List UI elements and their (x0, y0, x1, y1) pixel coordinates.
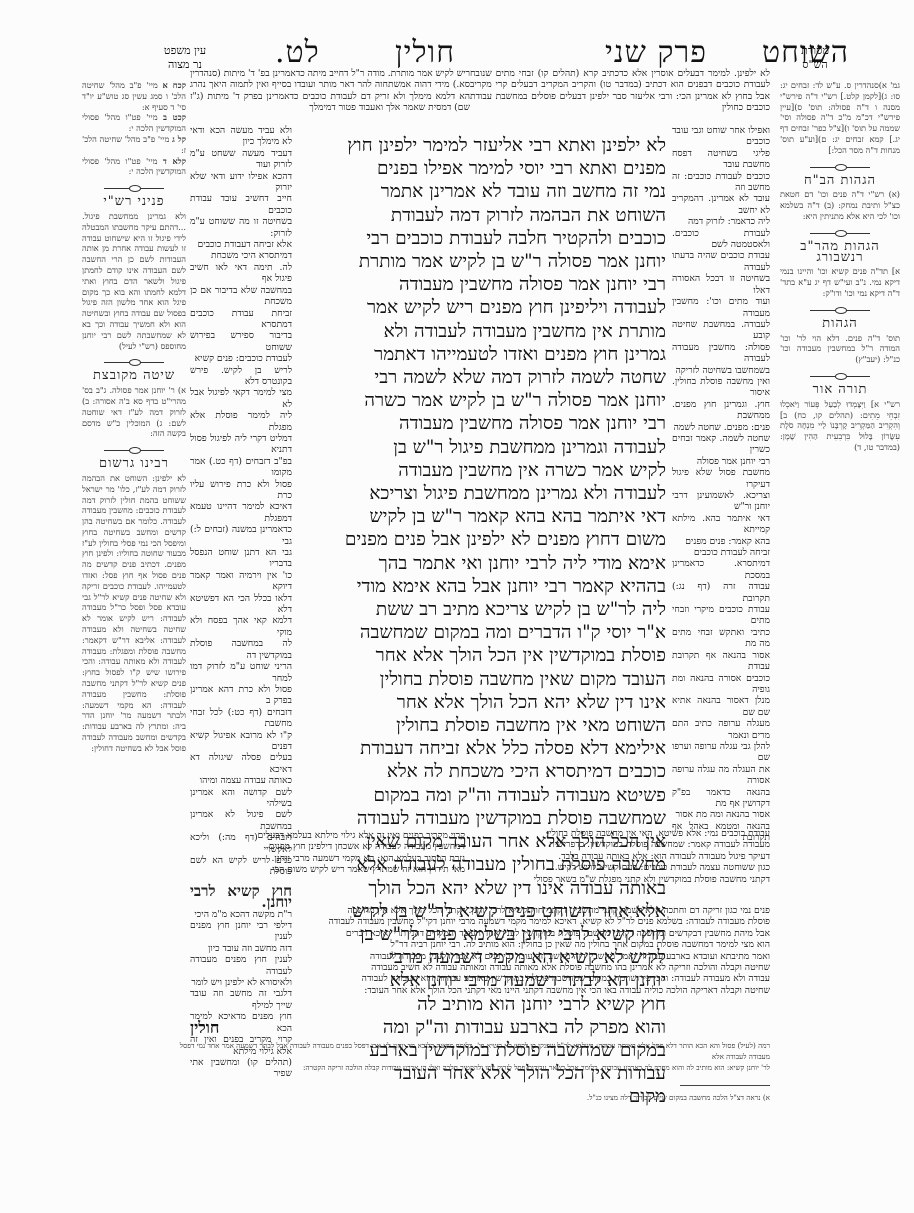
pnei-rashi-text: ולא גמרינן ממחשבת פיגול. ...דהתם עיקר מח… (82, 211, 186, 351)
gemara-line: רבי יוחנן אמר פסולה מחשבין מעבודה (300, 273, 666, 296)
tosafot-line: מצי למימר דקאי לפיגול אבל לא (190, 387, 292, 410)
pnei-rashi-title: פניני רש"י (82, 197, 186, 208)
ein-mishpat-label-line1: עין משפט (140, 44, 230, 58)
rashi-line: מעגלה ערופה כתיב התם מרים ונאמר (672, 718, 770, 741)
rashi-line: וצריכא. לאשמועינן דרבי יוחנן ור"ש (672, 490, 770, 513)
rashi-line: אסור בהנאה ומה מת אסור (672, 809, 770, 820)
commentary-bottom-line: עבודה ולא מעבודה לעבודה: והכי פירושו מה … (190, 973, 770, 984)
gemara-line: לקיש אמר כשרה אין מחשבין מעבודה (300, 459, 666, 482)
folio-number: לט. (275, 38, 320, 68)
tosafot-line: כאותה עבודה עצמה ומיהו (190, 775, 292, 786)
rashi-line: בשחיטה זו דבכל האסורה דאלו (672, 273, 770, 296)
rashi-line: פנים: מפנים. שחטה לשמה (672, 422, 770, 433)
tosafot-line: לשם קדושה והא אמרינן בשילהי (190, 787, 292, 810)
gemara-line: שמחשבה פוסלת במוקדשין מעבודה לעבודה (300, 807, 666, 830)
gemara-line: מותרת אין מחשבין מעבודה לעבודה ולא (300, 320, 666, 343)
rashi-line: בהא קאמר: פנים מפנים (672, 536, 770, 547)
rashi-line: זביחה לעבודת כוכבים (672, 547, 770, 558)
rashi-line: דמיתסרא. כדאמרינן במסכת (672, 558, 770, 581)
tosafot-bottom-line: גזרת הכתוב בעלמא הוא: הא מקמי דשמעה מרבי… (190, 853, 465, 864)
gemara-line: אינו דין שלא יהא הכל הולך אלא אחר (300, 691, 666, 714)
rashi-bottom-line: דעיקר פיגול מעבודה לעבודה הוא: אלא באותה… (470, 851, 770, 862)
tosafot-line: אלא זביחה דעבודת כוכבים (190, 239, 292, 250)
rashi-line: דאי איתמר בהא. מילתא קמייתא (672, 513, 770, 536)
tosafot-line: לה במחשבה פוסלת במוקדשין דה (190, 638, 292, 661)
gemara-line: נמי זה מחשב וזה עובד לא אמרינן אתמר (300, 180, 666, 203)
rashi-line: לעבודת כוכבים. ולאסטמטה לשם (672, 228, 770, 251)
rashi-line: מחשבת פסול שלא פיגול דעיקרו (672, 467, 770, 490)
footnotes: רמה (לעיל) פסול והא הכא הותר דלא פסל אלא… (170, 1040, 770, 1103)
tosafot-line: במחשבה שלא בדיבור אם כן משכחת (190, 285, 292, 308)
commentary-bottom-line: שחיטה וקבלה דאריקה הולכה כוליה עבודה באו… (190, 985, 770, 996)
tosafot-line: דמליט דקרי ליה לפיגול פסול דתניא (190, 433, 292, 456)
rashi-line: כתיבי ואתקש זבחי מתים מה מת (672, 627, 770, 650)
gemara-line: אימא מודי ליה לרבי יוחנן ואי אתמר בהך (300, 552, 666, 575)
ein-mishpat-entry: קכח א מיי' פ"ב מהל' שחיטה הלכ' ו סמג עשי… (82, 80, 186, 112)
tosafot-line: ליה למימר פוסלת אלא מפגלת (190, 410, 292, 433)
gemara-line: והוא מפרק לה בארבע עבודות וה"ק ומה (300, 1016, 666, 1039)
footnote-line-2: לר' יוחנן קשיא: הוא מותיב לה והוא מפרק ל… (170, 1062, 770, 1073)
rashi-bottom-line: כגון ששוחטה עצמה לעבודת כוכבים: פנים קשי… (470, 862, 770, 873)
rabbeinu-gershom-text: לא ילפינן: השוחט את הבהמה לזרוק דמה לע"ז… (82, 473, 186, 754)
rashi-line: אסור בהנאה אף תקרובת עבודת (672, 650, 770, 673)
tosafot-line: כדאמרינן במשנה (זבחים ל:) גבי (190, 524, 292, 547)
rashi-line: להלן גבי עגלה ערופה וערפו שם (672, 741, 770, 764)
rashi-top-block: לא ילפינן. למימר דבעלים אוסרין אלא כדכתי… (470, 68, 770, 114)
gemara-line: לעבודה ויליפינן חוץ מפנים ריש לקיש אמר (300, 296, 666, 319)
ornament-divider-icon (810, 305, 870, 315)
rashi-line: פליגי בשחיטה דפסח מחשבת עובד (672, 148, 770, 171)
commentary-bottom-line: אבל מיהת מחשבין דבקדשים ומחשבה דקתני מחש… (190, 928, 770, 939)
tosafot-line: דהכא אפילו ידוע ודאי שלא יזרוק (190, 171, 292, 194)
gemara-line: אילימא דלא פסלה כלל אלא זביחה דעבודת (300, 737, 666, 760)
tosafot-line: בפ"ב דזבחים (דף כט.) אמר מקומו (190, 456, 292, 479)
gemara-line: משום דחוץ מפנים לא ילפינן אבל פנים מפנים (300, 528, 666, 551)
rashi-line: מנלן דאסור בהנאה אתיא שם שם (672, 695, 770, 718)
tosafot-line: ולא עביד מעשה הכא ודאי לא מימלך כיון (190, 125, 292, 148)
gemara-line: לעבודה ולא גמרינן ממחשבת פיגול וצריכא (300, 482, 666, 505)
catchword: חולין (190, 1018, 219, 1038)
torah-or-title: תורה אור (780, 385, 900, 396)
tractate-title: חולין (395, 38, 455, 68)
rashi-bottom-line: דקתני מחשבה פוסלת במוקדשין ולא קתני מפגל… (470, 874, 770, 885)
rashi-line: עבודה זרה (דף נג:) תקרובת (672, 581, 770, 604)
gemara-line: כוכבים דמיתסרא היכי משכחת לה אלא (300, 760, 666, 783)
ein-mishpat-entry: קלא ד מיי' פט"ו מהל' פסולי המוקדשין הלכה… (82, 156, 186, 178)
ornament-divider-icon (104, 445, 164, 455)
tosafot-line: לעבודת כוכבים: פנים קשיא (190, 353, 292, 364)
shita-mekubetzet-text: א) ר' יוחנן אמר פסולה. ג"ב בס' מהרי"ט בד… (82, 385, 186, 439)
torah-or-text: רש"י א] וַיִּצָּמְדוּ לְבַעַל פְּעוֹר וַ… (780, 399, 900, 453)
tosafot-line: דאיכא למימר דהיינו טעמא דמפגלת (190, 501, 292, 524)
rashi-line: כוכבים אסורה בהנאה ומת גופיה (672, 673, 770, 696)
rashi-bottom-block: עבודת כוכבים נמי: אלא פשיטא. האי אין מחש… (470, 828, 770, 885)
ein-mishpat-entry: קל ג מיי' פ"ב מהל' שחיטה הלכ' ז: (82, 134, 186, 156)
rashi-line: שחטה לשמה. קאמר זבחים כשרין (672, 433, 770, 456)
masoret-hashas-text: גמ' א)סנהדרין ס. ע"ש לד: זבחים יג: סו: ג… (780, 80, 900, 156)
rashi-line: בשמחשבו בשחיטה לזריקה (672, 365, 770, 376)
footnote-divider (680, 1085, 770, 1086)
shita-mekubetzet-title: שיטה מקובצת (82, 371, 186, 382)
tosafot-line: בדיבור ספירש בפירוש ששוחט (190, 330, 292, 353)
rashi-line: את העגלה מה עגלה ערופה אסורה (672, 764, 770, 787)
gemara-line: פשיטא מעבודה לעבודה וה"ק ומה במקום (300, 784, 666, 807)
rashi-bottom-line: מעבודה לעבודה קאמר: שמחשבה פוסלת במוקדשי… (470, 839, 770, 850)
chapter-label: פרק שני (605, 38, 707, 68)
hagahot-bach-text: (א) רש"י ד"ה פנים וכו' דם חטאת כצ"ל ותיב… (780, 189, 900, 221)
maharab-text: א] תד"ה פנים קשיא וכו' והיינו בנמי דיקא … (780, 266, 900, 298)
gemara-line: השוחט מאי אין מחשבה פוסלת בחולין (300, 714, 666, 737)
tosafot-bottom-line: קרוי מקריב בפנים ואין זה אלא גילוי מילתא… (190, 830, 465, 841)
tosafot-line: ק"ו לא מרובא אפיגול קשיא דפנים (190, 730, 292, 753)
rashi-line: לעבודה. במחשבת שחיטה קובע (672, 319, 770, 342)
gemara-line: ליה לר"ש בן לקיש צריכא מתיב רב ששת (300, 598, 666, 621)
hagahot-bach-title: הגהות הב"ח (780, 176, 900, 187)
gemara-line: העובד מקום שאין מחשבה פוסלת בחולין (300, 668, 666, 691)
rashi-line: עבודת כוכבים שהיה בדעתו לעבודה (672, 250, 770, 273)
masoret-label: מסורת הש"ס (770, 44, 860, 72)
commentary-bottom-line: פוסלת מעבודה לעבודה: בשלמא פנים לר"ל לא … (190, 916, 770, 927)
hagahot-title: הגהות (780, 319, 900, 330)
rashi-line: כוכבים לעבודת כוכבים: זה מחשב וזה (672, 171, 770, 194)
gemara-line: כוכבים ולהקטיר חלבה לעבודת כוכבים רבי (300, 227, 666, 250)
gemara-line: פוסלת במוקדשין אין הכל הולך אלא אחר (300, 644, 666, 667)
rabbeinu-gershom-title: רבינו גרשום (82, 459, 186, 470)
rashi-line: ועוד מתים וכו': מחשבין מעבודה (672, 296, 770, 319)
tosafot-bottom-block: קרוי מקריב בפנים ואין זה אלא גילוי מילתא… (190, 830, 465, 876)
rashi-line: ליה כדאמר: לזרוק דמה (672, 216, 770, 227)
tosafot-line: לריש בן לקיש. פירש בקונטרס דלא (190, 365, 292, 388)
tosafot-line: לשם פיגול לא אמרינן במחשבת (190, 809, 292, 832)
masoret-label-line2: הש"ס (770, 58, 860, 72)
tosafot-line: זביחת עבודת כוכבים דמתסרא (190, 308, 292, 331)
tosafot-line: דזבחים (דף כט:) לכל זבחי מחשבת (190, 707, 292, 730)
gemara-line: השוחט את הבהמה לזרוק דמה לעבודת (300, 204, 666, 227)
tosafot-line: בשחיטה זו מה ששוחט ע"מ לזרוק: (190, 216, 292, 239)
rashi-column: ואפילו אחר שוחט וגבי עובד כוכביםפליגי בש… (672, 125, 770, 844)
rashi-line: בהנאה כדאמר בפ"ק דקדושין אף מת (672, 787, 770, 810)
commentary-full-width-block: פנים נמי כגון זריקה דם וחתכה אלא לשמה קת… (190, 905, 770, 996)
tosafot-line: כו' אין וירמיה ואמר קאמר דיוקא (190, 570, 292, 593)
tosafot-line: דעביד מעשה ששחט ע"מ לזרוק ועוד (190, 148, 292, 171)
tosafot-bottom-line: דמחשבין מעבודה לעבודה לא אשכחן דילפינן ח… (190, 841, 465, 852)
ornament-divider-icon (810, 228, 870, 238)
ornament-divider-icon (104, 357, 164, 367)
tosafot-line: פסול ולא כרת פירוש עליו כרת (190, 479, 292, 502)
rashi-line: חוץ. וגמרינן חוץ מפנים. ממחשבת (672, 399, 770, 422)
rashi-line: ואין מחשבה פוסלת בחולין. איסור (672, 376, 770, 399)
gemara-line: רבי יוחנן אמר פסולה מחשבין מעבודה (300, 412, 666, 435)
commentary-bottom-line: הוא מצי למימר דמחשבה פוסלת במקום אחר בחו… (190, 939, 770, 950)
tosafot-line: פסול ולא כרת דהא אמרינן בפרק ב (190, 684, 292, 707)
masoret-label-line1: מסורת (770, 44, 860, 58)
gemara-line: גמרינן חוץ מפנים ואזדו לטעמייהו דאתמר (300, 343, 666, 366)
rashi-line: פסולה: מחשבין מעבודה לעבודה (672, 342, 770, 365)
ein-mishpat-entry: קכט ב מיי' פט"ו מהל' פסולי המוקדשין הלכה… (82, 112, 186, 134)
tosafot-top-block: ריש לקיש אמר מותרת. מודה ר"ל דחייב מיתה … (190, 68, 470, 114)
rashi-line: רבי יוחנן אמר פסולה (672, 456, 770, 467)
tosafot-top-text: ריש לקיש אמר מותרת. מודה ר"ל דחייב מיתה … (190, 68, 470, 114)
tosafot-line: גבי הא דתנן שוחט הנפסל בדבריו (190, 547, 292, 570)
rashi-line: עובד לא אמרינן. דהמקריב לא יחשב (672, 193, 770, 216)
gemara-line: שחטה לשמה לזרוק דמה שלא לשמה רבי (300, 366, 666, 389)
rashi-top-text: לא ילפינן. למימר דבעלים אוסרין אלא כדכתי… (470, 68, 770, 114)
gemara-line: א"ר יוסי ק"ו הדברים ומה במקום שמחשבה (300, 621, 666, 644)
tosafot-bottom-line: מאי תירוץ הוא זה שמתרץ שאמר ריש לקיש משו… (190, 864, 465, 875)
gemara-line: בההיא קאמר רבי יוחנן אבל בהא אימא מודי (300, 575, 666, 598)
tosafot-line: לה. תימה דאי לאו חשיב פיגול אף (190, 262, 292, 285)
tosafot-line: דלאו בכלל הכי הא דפשיטא דלא (190, 593, 292, 616)
ornament-divider-icon (810, 162, 870, 172)
maharab-title: הגהות מהר"ב רנשבורג (780, 242, 900, 264)
rashi-line: ואפילו אחר שוחט וגבי עובד כוכבים (672, 125, 770, 148)
tosafot-line: דלמא קאי אהך בפסח ולא מוקי (190, 615, 292, 638)
gemara-line: לא ילפינן ואתא רבי אליעזר למימר ילפינן ח… (300, 134, 666, 157)
gemara-line: יוחנן אמר פסולה ר"ש בן לקיש אמר כשרה (300, 389, 666, 412)
rashi-line: עבודת כוכבים מיקרי וזבחי מתים (672, 604, 770, 627)
footnote-note: א) נראה דצ"ל הלכה מחשבה במקום שיום לבירו… (170, 1092, 770, 1103)
tosafot-line: דמיתסרא היכי משכחת (190, 250, 292, 261)
gemara-line: לעבודה וגמרינן ממחשבת פיגול ר"ש בן (300, 436, 666, 459)
footnote-line-1: רמה (לעיל) פסול והא הכא הותר דלא פסל אלא… (170, 1040, 770, 1062)
ornament-divider-icon (104, 183, 164, 193)
gemara-line: מפנים ואתא רבי יוסי למימר אפילו בפנים (300, 157, 666, 180)
gemara-line: יוחנן אמר פסולה ר"ש בן לקיש אמר מותרת (300, 250, 666, 273)
rashi-bottom-line: עבודת כוכבים נמי: אלא פשיטא. האי אין מחש… (470, 828, 770, 839)
ornament-divider-icon (810, 371, 870, 381)
tosafot-line: הריני שוחט ע"מ לזרוק דמו למחר (190, 661, 292, 684)
right-margin-column: גמ' א)סנהדרין ס. ע"ש לד: זבחים יג: סו: ג… (780, 80, 900, 453)
tosafot-line: חייב דחשיב עובד עבודת כוכבים (190, 193, 292, 216)
commentary-bottom-line: שחיטה וקבלה והולכה וזריקה לא אמרינן בהו … (190, 962, 770, 973)
gemara-line: דאי איתמר בהא בהא קאמר ר"ש בן לקיש (300, 505, 666, 528)
hagahot-text: תוס' ד"ה פנים. דלא הוי לר' וכו' המודה ר"… (780, 333, 900, 365)
left-margin-column: קכח א מיי' פ"ב מהל' שחיטה הלכ' ו סמג עשי… (82, 80, 186, 754)
tosafot-line: בעלים פסלה שיגולה דא דאיכא (190, 752, 292, 775)
commentary-bottom-line: ואמר מתיבתא ועובדא בארבע עבודות ואמר מחש… (190, 951, 770, 962)
commentary-bottom-line: פנים נמי כגון זריקה דם וחתכה אלא לשמה קת… (190, 905, 770, 916)
